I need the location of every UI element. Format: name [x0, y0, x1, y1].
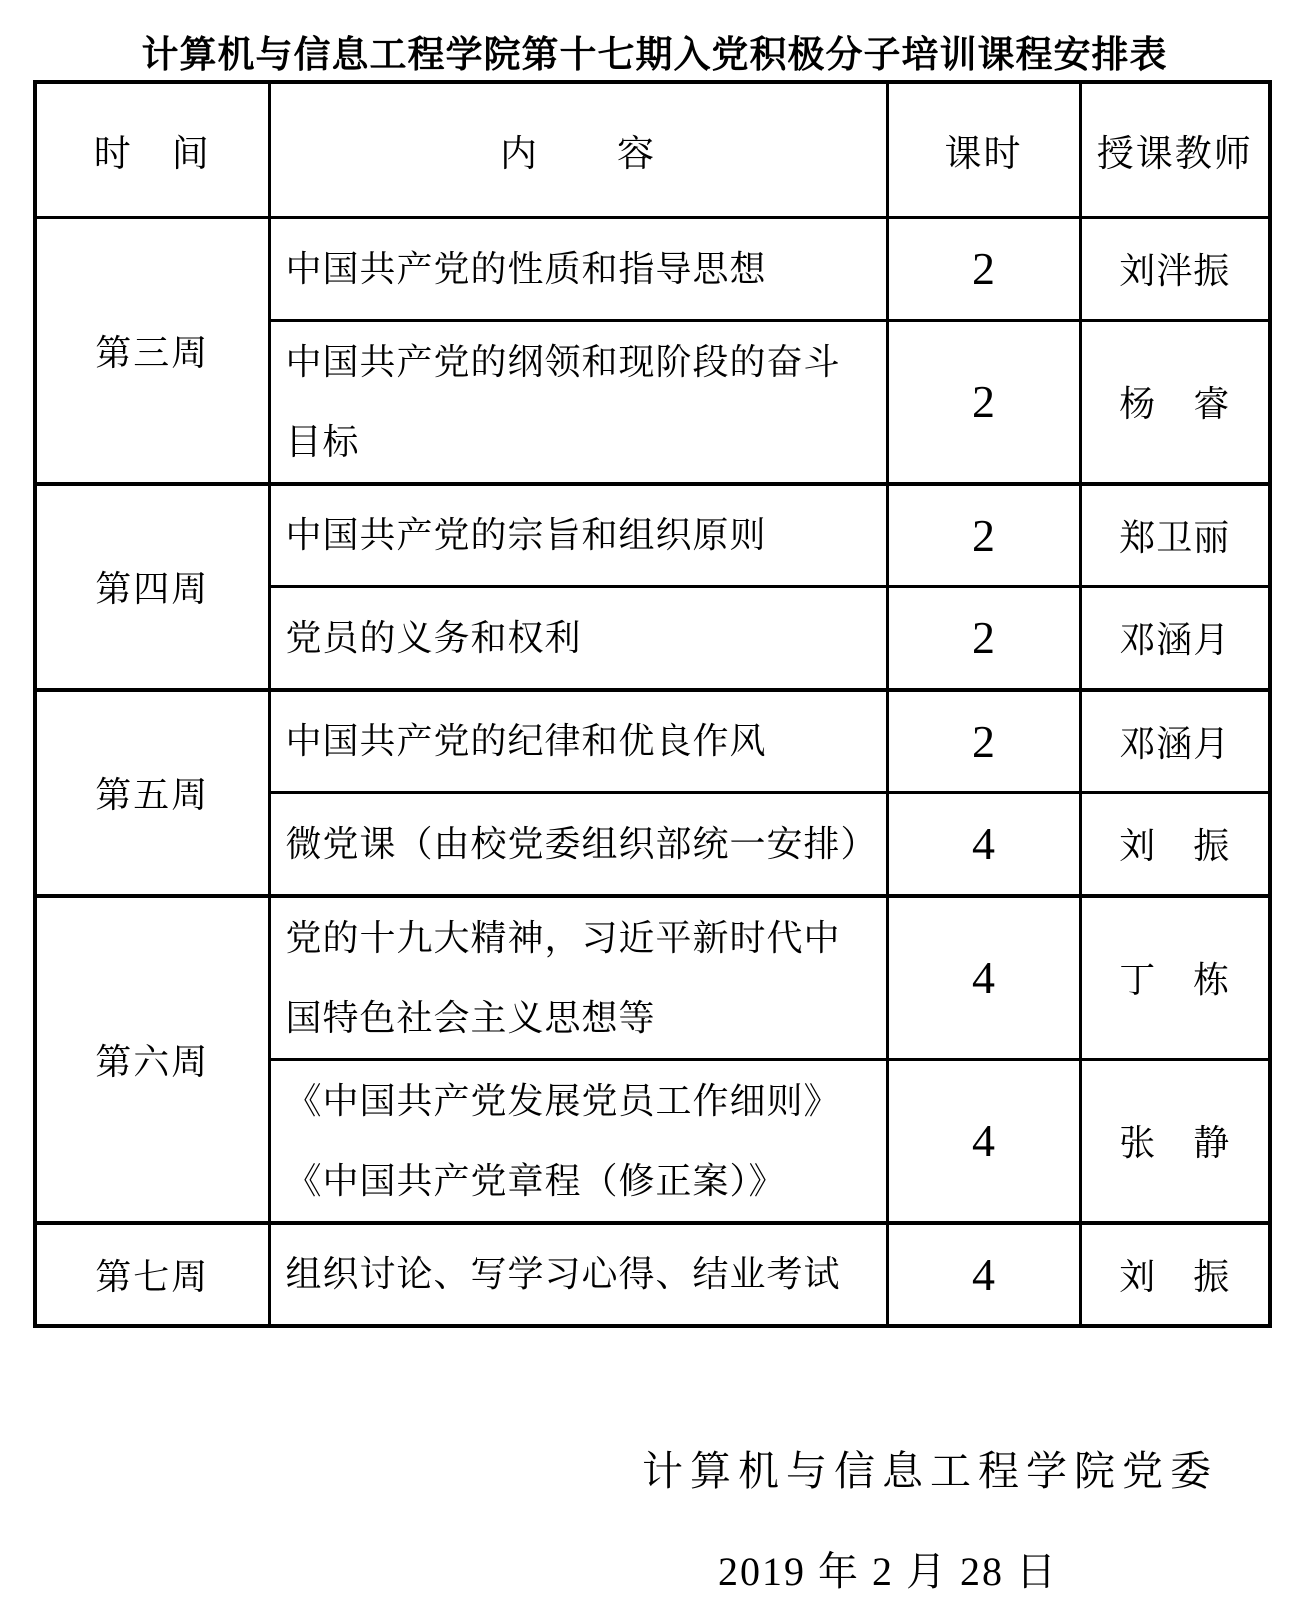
content-cell: 中国共产党的宗旨和组织原则	[269, 484, 887, 587]
hours-cell: 4	[887, 896, 1080, 1060]
teacher-cell: 刘 振	[1080, 793, 1270, 896]
content-cell: 微党课（由校党委组织部统一安排）	[269, 793, 887, 896]
teacher-cell: 丁 栋	[1080, 896, 1270, 1060]
hours-cell: 4	[887, 1059, 1080, 1223]
table-row: 第四周中国共产党的宗旨和组织原则2郑卫丽	[35, 484, 1270, 587]
header-content: 内 容	[269, 82, 887, 217]
header-hours: 课时	[887, 82, 1080, 217]
content-cell: 中国共产党的性质和指导思想	[269, 217, 887, 320]
teacher-cell: 刘 振	[1080, 1223, 1270, 1326]
week-cell: 第七周	[35, 1223, 269, 1326]
schedule-body: 第三周中国共产党的性质和指导思想2刘泮振中国共产党的纲领和现阶段的奋斗 目标2杨…	[35, 217, 1270, 1326]
teacher-cell: 刘泮振	[1080, 217, 1270, 320]
teacher-cell: 邓涵月	[1080, 587, 1270, 690]
table-row: 第六周党的十九大精神，习近平新时代中 国特色社会主义思想等4丁 栋	[35, 896, 1270, 1060]
content-cell: 《中国共产党发展党员工作细则》 《中国共产党章程（修正案）》	[269, 1059, 887, 1223]
teacher-cell: 张 静	[1080, 1059, 1270, 1223]
teacher-cell: 杨 睿	[1080, 320, 1270, 484]
hours-cell: 2	[887, 320, 1080, 484]
hours-cell: 2	[887, 587, 1080, 690]
week-cell: 第六周	[35, 896, 269, 1223]
hours-cell: 2	[887, 690, 1080, 793]
table-row: 第七周组织讨论、写学习心得、结业考试4刘 振	[35, 1223, 1270, 1326]
page-title: 计算机与信息工程学院第十七期入党积极分子培训课程安排表	[0, 24, 1309, 78]
teacher-cell: 郑卫丽	[1080, 484, 1270, 587]
content-cell: 中国共产党的纪律和优良作风	[269, 690, 887, 793]
hours-cell: 4	[887, 793, 1080, 896]
hours-cell: 4	[887, 1223, 1080, 1326]
content-cell: 党员的义务和权利	[269, 587, 887, 690]
week-cell: 第四周	[35, 484, 269, 690]
content-cell: 组织讨论、写学习心得、结业考试	[269, 1223, 887, 1326]
table-row: 第五周中国共产党的纪律和优良作风2邓涵月	[35, 690, 1270, 793]
week-cell: 第三周	[35, 217, 269, 484]
week-cell: 第五周	[35, 690, 269, 896]
footer-signature: 计算机与信息工程学院党委	[642, 1438, 1218, 1497]
footer-date: 2019 年 2 月 28 日	[718, 1540, 1058, 1597]
header-time: 时 间	[35, 82, 269, 217]
hours-cell: 2	[887, 484, 1080, 587]
header-row: 时 间 内 容 课时 授课教师	[35, 82, 1270, 217]
teacher-cell: 邓涵月	[1080, 690, 1270, 793]
table-row: 第三周中国共产党的性质和指导思想2刘泮振	[35, 217, 1270, 320]
hours-cell: 2	[887, 217, 1080, 320]
course-schedule-table: 时 间 内 容 课时 授课教师 第三周中国共产党的性质和指导思想2刘泮振中国共产…	[33, 80, 1272, 1328]
header-teacher: 授课教师	[1080, 82, 1270, 217]
content-cell: 中国共产党的纲领和现阶段的奋斗 目标	[269, 320, 887, 484]
content-cell: 党的十九大精神，习近平新时代中 国特色社会主义思想等	[269, 896, 887, 1060]
